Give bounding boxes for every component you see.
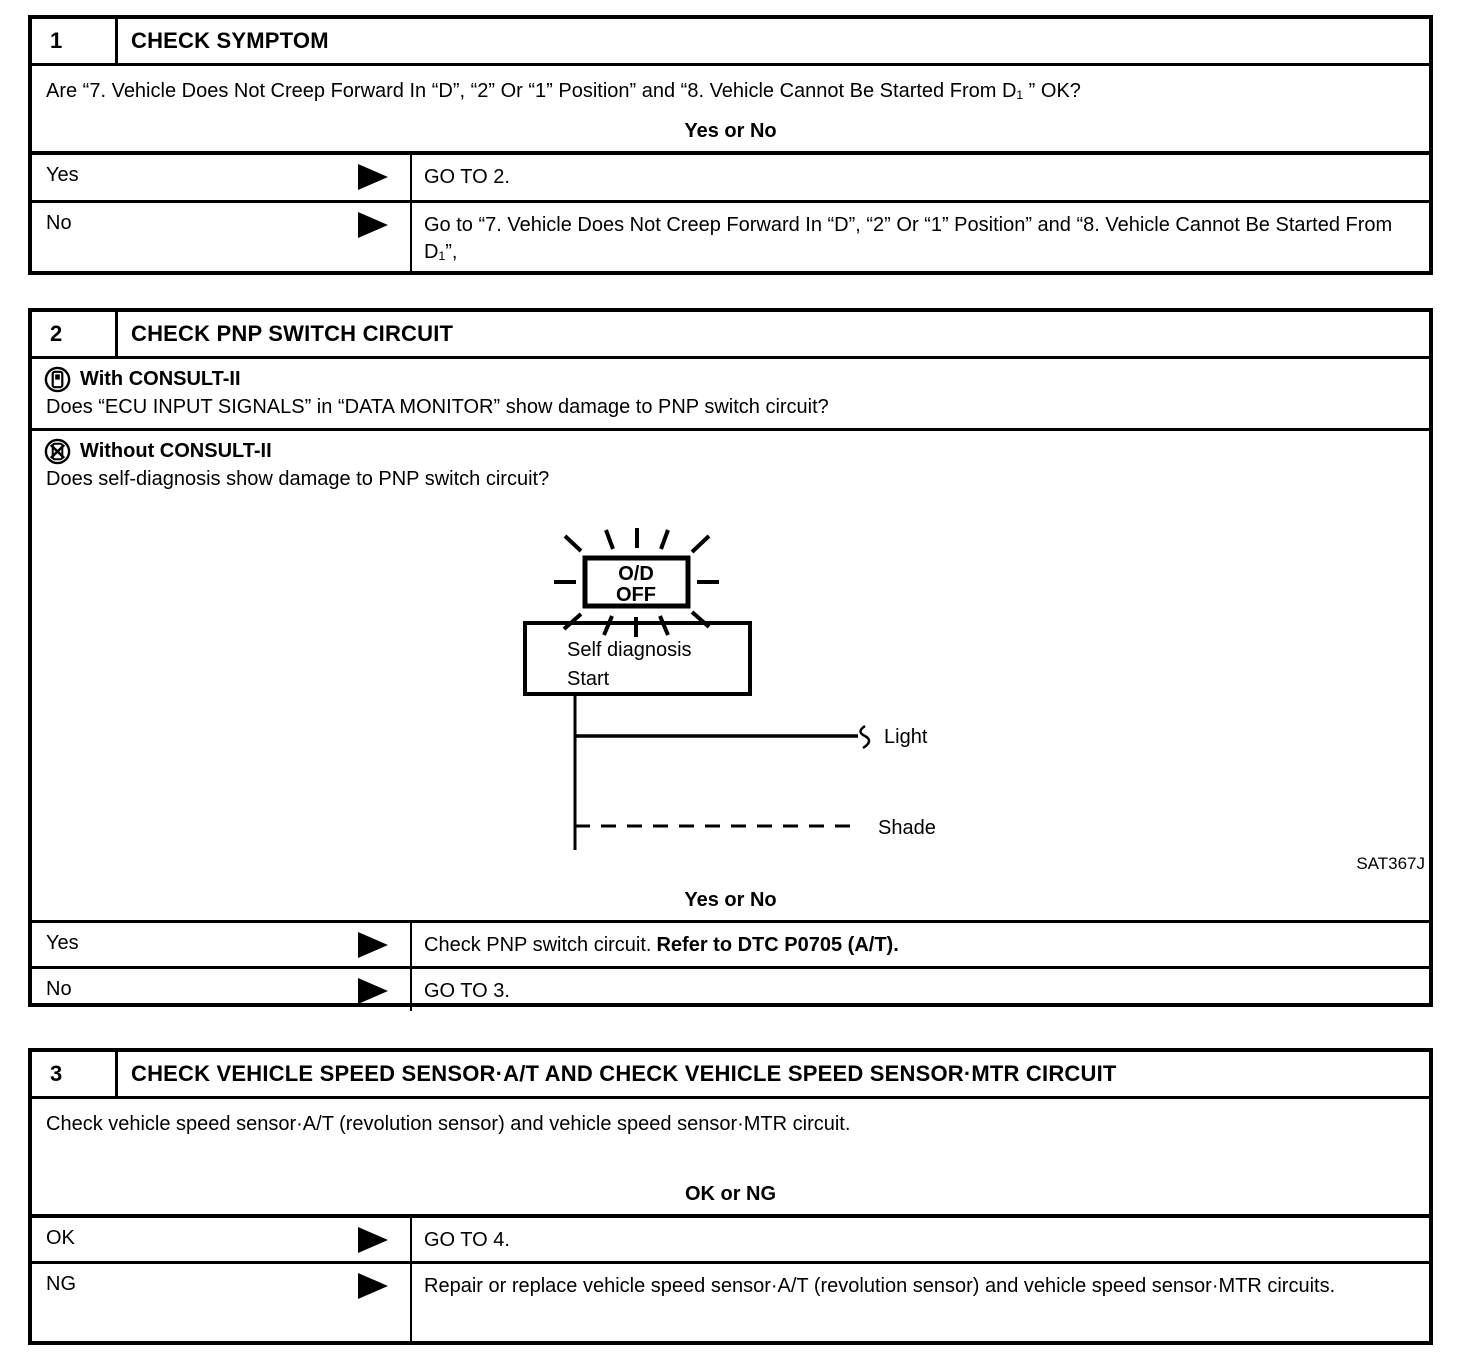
answer-label-cell: No xyxy=(32,203,412,272)
answer-label: NG xyxy=(46,1273,76,1295)
signal-lines xyxy=(575,694,869,850)
action-cell: Go to “7. Vehicle Does Not Creep Forward… xyxy=(412,203,1429,272)
light-label: Light xyxy=(884,726,928,748)
box-text-line2: Start xyxy=(567,668,610,690)
answer-label: No xyxy=(46,978,72,1000)
choice-prompt: OK or NG xyxy=(32,1183,1429,1206)
table-row: No Go to “7. Vehicle Does Not Creep Forw… xyxy=(32,203,1429,272)
step-number: 1 xyxy=(32,19,118,63)
answer-label-cell: OK xyxy=(32,1218,412,1261)
self-diagnosis-lamp-diagram: O/D OFF xyxy=(32,431,1429,920)
without-consult-question: Does self-diagnosis show damage to PNP s… xyxy=(32,465,1429,491)
question-text: Are “7. Vehicle Does Not Creep Forward I… xyxy=(32,66,1429,104)
arrow-right-icon xyxy=(358,164,388,190)
question-text: Check vehicle speed sensor·A/T (revoluti… xyxy=(32,1099,1429,1137)
with-consult-block: With CONSULT-II Does “ECU INPUT SIGNALS”… xyxy=(32,359,1429,431)
table-row: Yes Check PNP switch circuit.Refer to DT… xyxy=(32,923,1429,969)
answer-label-cell: Yes xyxy=(32,155,412,200)
with-consult-question: Does “ECU INPUT SIGNALS” in “DATA MONITO… xyxy=(32,393,1429,419)
with-consult-heading-line: With CONSULT-II xyxy=(32,359,1429,393)
no-consult-icon xyxy=(44,438,71,465)
answer-label: No xyxy=(46,212,72,234)
table-row: NG Repair or replace vehicle speed senso… xyxy=(32,1264,1429,1341)
step-3-check-vehicle-speed-sensors: 3 CHECK VEHICLE SPEED SENSOR·A/T AND CHE… xyxy=(28,1048,1433,1345)
consult-device-icon xyxy=(44,366,71,393)
self-diagnosis-start-box: Self diagnosis Start xyxy=(525,623,750,694)
arrow-right-icon xyxy=(358,1227,388,1253)
action-cell: GO TO 3. xyxy=(412,969,1429,1011)
shade-label: Shade xyxy=(878,817,936,839)
figure-code: SAT367J xyxy=(1356,854,1425,873)
without-consult-heading-line: Without CONSULT-II xyxy=(32,431,1429,465)
choice-prompt: Yes or No xyxy=(32,120,1429,143)
action-cell: GO TO 4. xyxy=(412,1218,1429,1261)
step-title: CHECK SYMPTOM xyxy=(118,19,329,63)
answer-label-cell: Yes xyxy=(32,923,412,966)
step-title: CHECK PNP SWITCH CIRCUIT xyxy=(118,312,453,356)
step-2-header: 2 CHECK PNP SWITCH CIRCUIT xyxy=(32,312,1429,359)
table-row: OK GO TO 4. xyxy=(32,1218,1429,1264)
service-manual-page: 1 CHECK SYMPTOM Are “7. Vehicle Does Not… xyxy=(0,0,1472,1354)
answer-label: Yes xyxy=(46,164,79,186)
answer-label-cell: NG xyxy=(32,1264,412,1341)
step-3-header: 3 CHECK VEHICLE SPEED SENSOR·A/T AND CHE… xyxy=(32,1052,1429,1099)
action-text-bold: Refer to DTC P0705 (A/T). xyxy=(656,934,898,956)
answer-label-cell: No xyxy=(32,969,412,1011)
break-squiggle-icon xyxy=(861,726,870,748)
action-text: Check PNP switch circuit. xyxy=(424,934,651,956)
without-consult-block: Without CONSULT-II Does self-diagnosis s… xyxy=(32,431,1429,923)
flash-rays-icon xyxy=(554,528,719,637)
step-3-question-area: Check vehicle speed sensor·A/T (revoluti… xyxy=(32,1099,1429,1218)
table-row: No GO TO 3. xyxy=(32,969,1429,1011)
step-1-header: 1 CHECK SYMPTOM xyxy=(32,19,1429,66)
action-cell: GO TO 2. xyxy=(412,155,1429,200)
arrow-right-icon xyxy=(358,212,388,238)
box-text-line1: Self diagnosis xyxy=(567,639,692,661)
answer-label: OK xyxy=(46,1227,75,1249)
lamp-text-line1: O/D xyxy=(618,563,654,585)
step-title: CHECK VEHICLE SPEED SENSOR·A/T AND CHECK… xyxy=(118,1052,1117,1096)
arrow-right-icon xyxy=(358,932,388,958)
action-cell: Repair or replace vehicle speed sensor·A… xyxy=(412,1264,1398,1341)
step-number: 2 xyxy=(32,312,118,356)
step-1-check-symptom: 1 CHECK SYMPTOM Are “7. Vehicle Does Not… xyxy=(28,15,1433,275)
arrow-right-icon xyxy=(358,978,388,1004)
step-2-check-pnp-switch-circuit: 2 CHECK PNP SWITCH CIRCUIT With CONSULT-… xyxy=(28,308,1433,1007)
od-off-lamp: O/D OFF xyxy=(585,558,688,606)
action-cell: Check PNP switch circuit.Refer to DTC P0… xyxy=(412,923,1429,966)
lamp-text-line2: OFF xyxy=(616,584,656,606)
answer-label: Yes xyxy=(46,932,79,954)
choice-prompt: Yes or No xyxy=(32,889,1429,912)
without-consult-heading: Without CONSULT-II xyxy=(80,440,272,463)
step-number: 3 xyxy=(32,1052,118,1096)
step-1-question-area: Are “7. Vehicle Does Not Creep Forward I… xyxy=(32,66,1429,155)
arrow-right-icon xyxy=(358,1273,388,1299)
table-row: Yes GO TO 2. xyxy=(32,155,1429,203)
with-consult-heading: With CONSULT-II xyxy=(80,368,241,391)
